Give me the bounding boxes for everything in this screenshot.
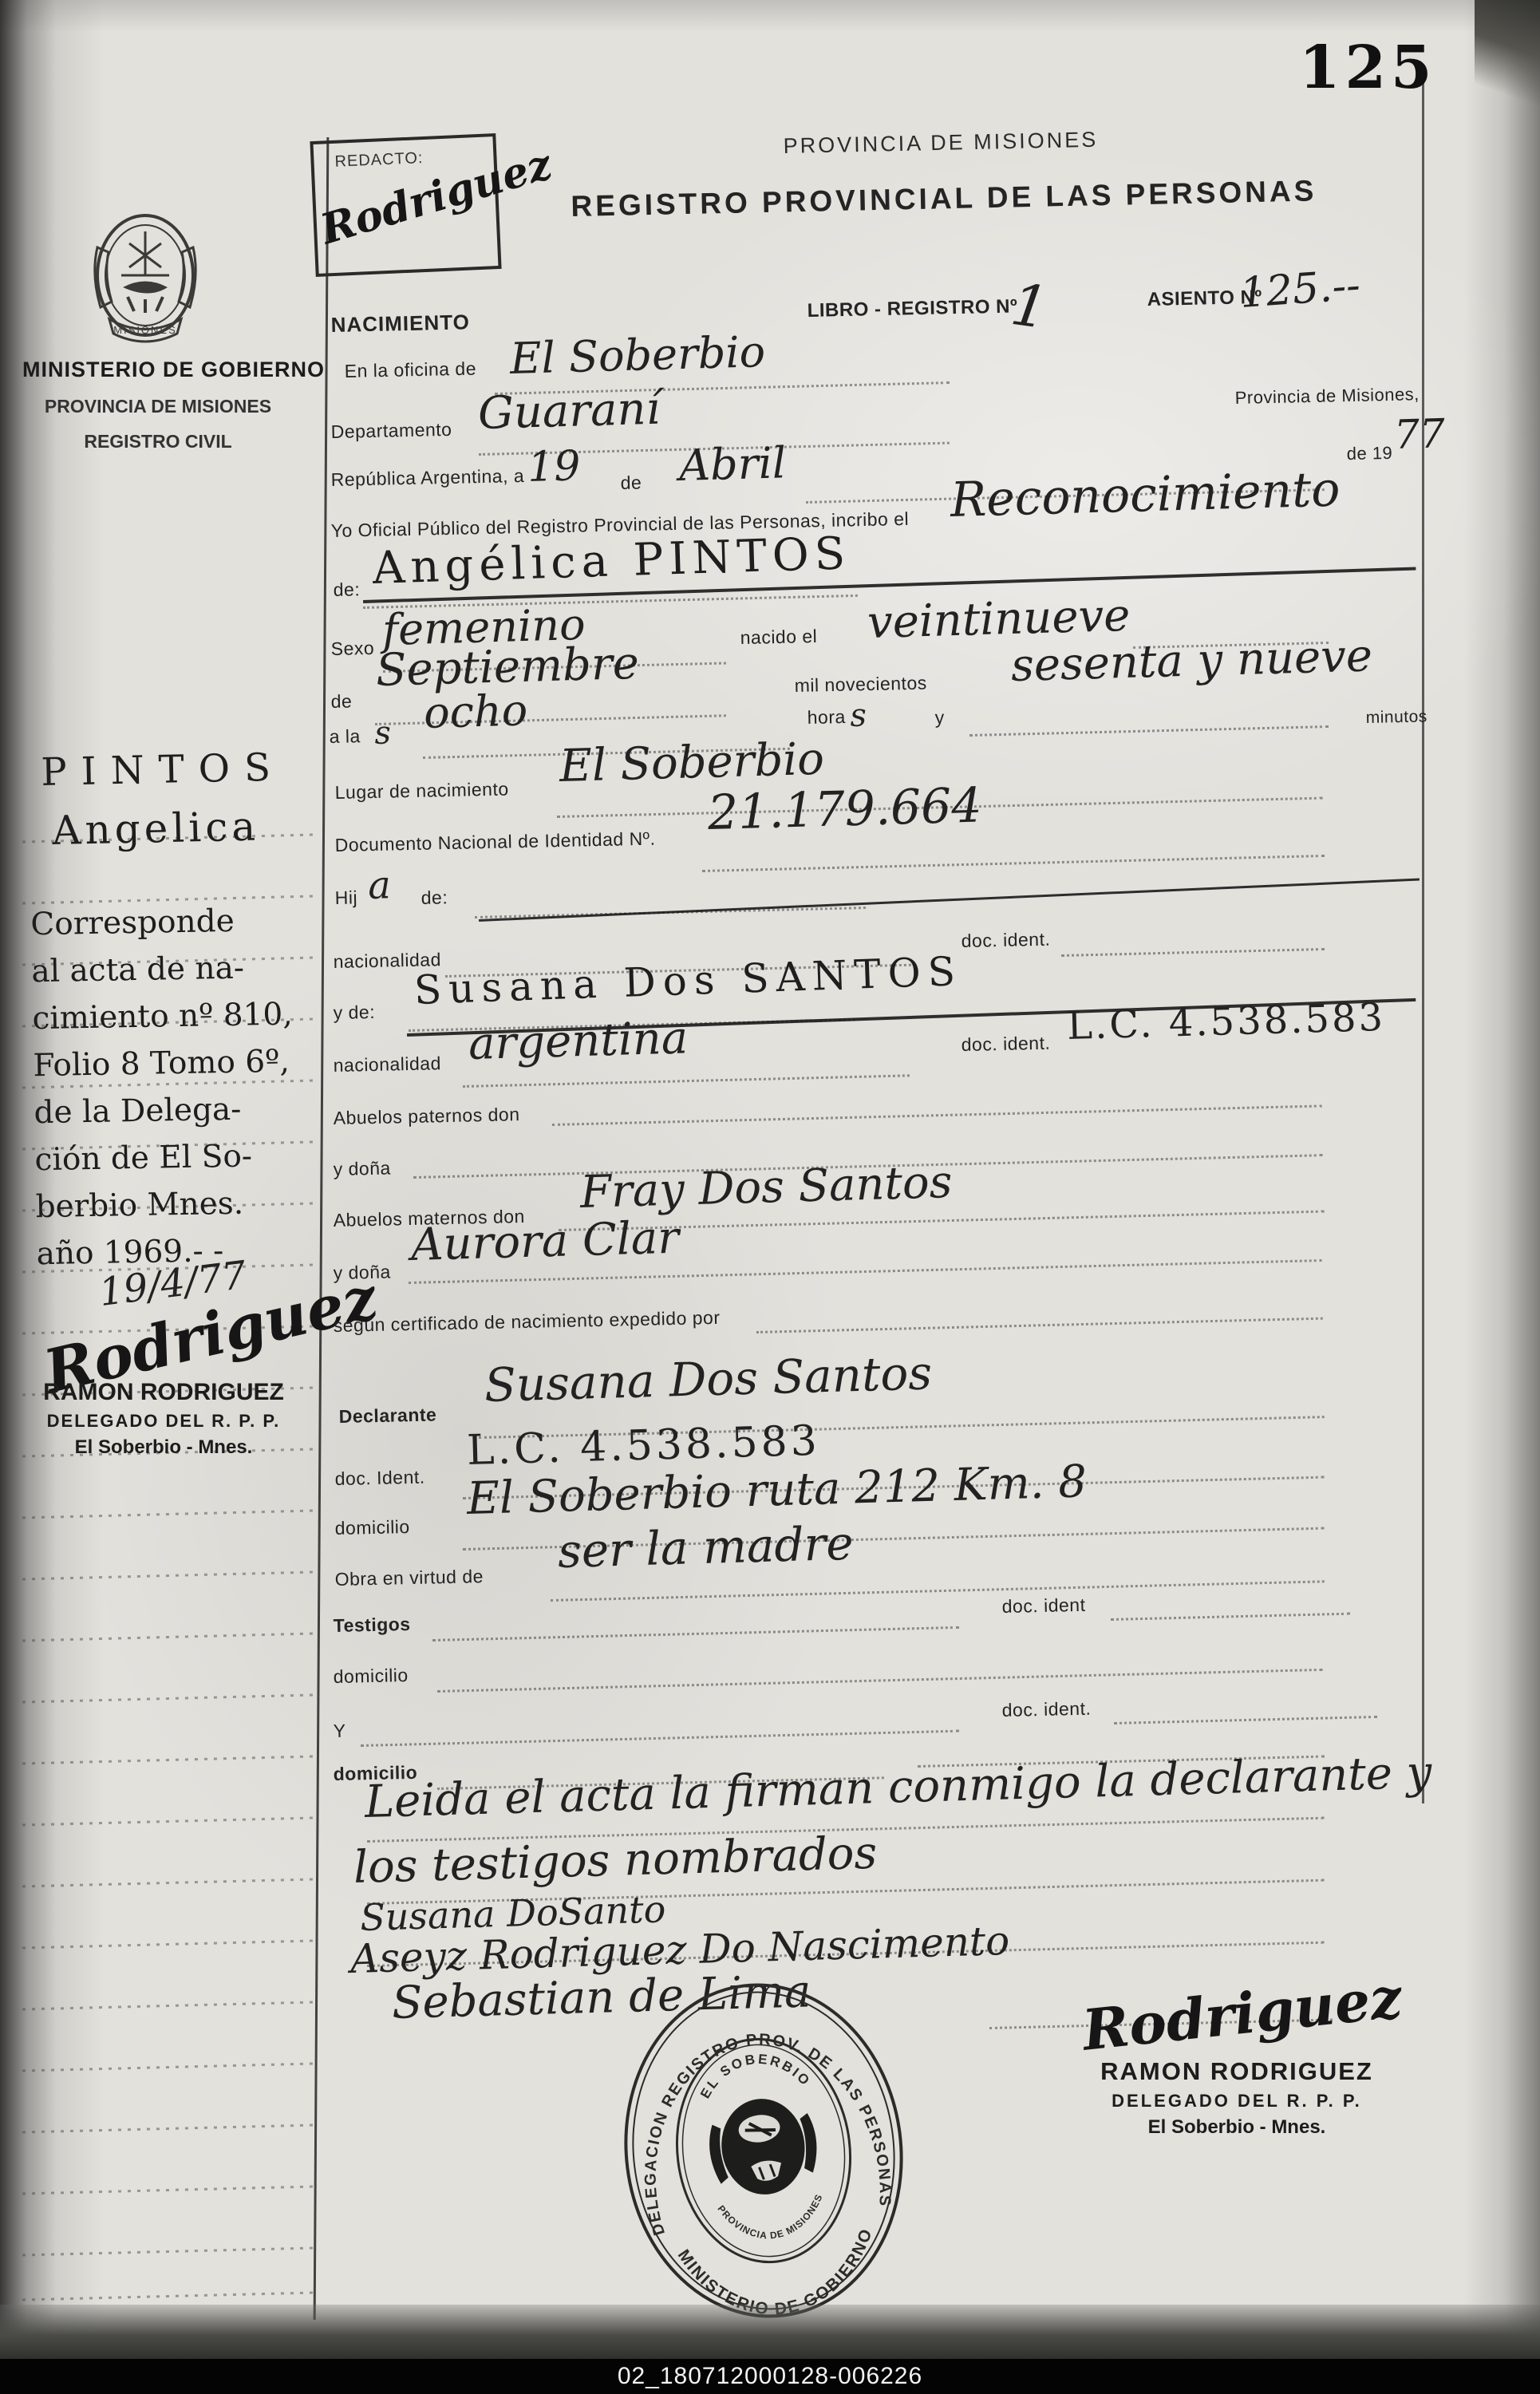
alas-label: a la: [329, 725, 361, 748]
abuelos-maternos-dona-label: y doña: [333, 1261, 391, 1284]
seal-banner-text: MISIONES: [113, 324, 177, 336]
margin-index-givenname: Angelica: [52, 804, 260, 854]
note-line: de la Delega-: [34, 1092, 242, 1132]
sidebar-ministry: MINISTERIO DE GOBIERNO: [22, 358, 294, 382]
dotted-line: [437, 1669, 1323, 1693]
hijo-label: Hij: [334, 887, 357, 909]
official-title: DELEGADO DEL R. P. P.: [1061, 2091, 1412, 2112]
blank-rule: [479, 879, 1420, 922]
section-label: NACIMIENTO: [330, 310, 470, 338]
hora-value: ocho: [423, 685, 528, 738]
republica-label: República Argentina, a: [330, 465, 524, 491]
margin-official-name: RAMON RODRIGUEZ: [16, 1379, 311, 1406]
oficina-label: En la oficina de: [344, 358, 476, 382]
hora-s: s: [850, 697, 867, 734]
madre-doc-value: L.C. 4.538.583: [1066, 995, 1385, 1049]
header-province: PROVINCIA DE MISIONES: [783, 128, 1098, 159]
madre-name: Susana Dos SANTOS: [413, 948, 963, 1013]
libro-value: 1: [1007, 271, 1052, 342]
dni-label: Documento Nacional de Identidad Nº.: [334, 828, 655, 856]
testigo1-domicilio-label: domicilio: [333, 1665, 409, 1688]
abuelos-maternos-value: Fray Dos Santos: [579, 1156, 953, 1219]
oficina-value: El Soberbio: [509, 326, 766, 384]
sidebar-office: REGISTRO CIVIL: [22, 431, 294, 452]
dotted-line: [1061, 948, 1325, 957]
page-number: 125: [1299, 34, 1436, 102]
dotted-line: [702, 855, 1325, 872]
abuelos-paternos-dona-label: y doña: [333, 1157, 391, 1180]
dotted-line: [1114, 1716, 1377, 1724]
inscribo-value: Reconocimiento: [950, 461, 1341, 528]
official-signature: Rodriguez: [1080, 1964, 1405, 2064]
testigo1-doc-label: doc. ident: [1001, 1594, 1085, 1618]
hijo-de-label: de:: [421, 887, 448, 909]
dni-value: 21.179.664: [707, 777, 982, 841]
margin-reference-note: Corresponde al acta de na- cimiento nº 8…: [30, 896, 332, 1278]
dotted-line: [1111, 1613, 1350, 1621]
redacto-label: REDACTO:: [334, 149, 424, 172]
libro-label: LIBRO - REGISTRO Nº: [807, 295, 1017, 322]
sexo-label: Sexo: [330, 638, 374, 660]
official-name: RAMON RODRIGUEZ: [1061, 2057, 1412, 2086]
note-line: ción de El So-: [34, 1138, 252, 1178]
mes-value: Abril: [678, 437, 787, 491]
de19-label: de 19: [1346, 443, 1392, 464]
dotted-line: [969, 725, 1329, 737]
y2-label: Y: [333, 1720, 346, 1742]
note-line: berbio Mnes.: [35, 1186, 243, 1226]
note-line: cimiento nº 810,: [32, 997, 293, 1037]
declarante-doc-label: doc. Ident.: [334, 1467, 424, 1490]
mil-label: mil novecientos: [794, 673, 927, 697]
margin-official-place: El Soberbio - Mnes.: [16, 1436, 311, 1459]
lugar-label: Lugar de nacimiento: [334, 778, 508, 804]
testigos-label: Testigos: [333, 1614, 410, 1637]
obra-label: Obra en virtud de: [334, 1566, 484, 1590]
minutos-label: minutos: [1365, 707, 1427, 728]
asiento-value: 125.--: [1238, 262, 1362, 318]
dotted-line: [551, 1580, 1325, 1602]
nacido-label: nacido el: [740, 626, 817, 649]
dotted-line: [432, 1626, 959, 1641]
margin-official-title: DELEGADO DEL R. P. P.: [16, 1411, 311, 1432]
closing-line-1: Leida el acta la firman conmigo la decla…: [364, 1747, 1432, 1828]
dotted-line: [756, 1317, 1323, 1333]
departamento-label: Departamento: [330, 419, 452, 443]
form-right-border: [1422, 76, 1424, 1803]
madre-doc-label: doc. ident.: [961, 1033, 1050, 1056]
header-title: REGISTRO PROVINCIAL DE LAS PERSONAS: [571, 174, 1317, 223]
scanned-birth-certificate-page: 125 MISIONES MINISTERIO DE GOBIERNO PROV…: [0, 0, 1540, 2394]
redacto-box: REDACTO: Rodriguez: [310, 133, 501, 277]
padre-doc-ident-label: doc. ident.: [961, 929, 1050, 952]
madre-nacionalidad-label: nacionalidad: [333, 1053, 441, 1077]
madre-nacionalidad-value: argentina: [468, 1012, 689, 1070]
declarante-label: Declarante: [338, 1404, 436, 1428]
stamp-coat-of-arms-icon: [705, 2092, 823, 2200]
declarante-value: Susana Dos Santos: [484, 1345, 933, 1412]
dotted-line: [463, 1074, 910, 1088]
anio-value: sesenta y nueve: [1010, 630, 1373, 692]
scan-bottom-shadow: [0, 2305, 1540, 2360]
dotted-line: [552, 1104, 1322, 1126]
sidebar-province: PROVINCIA DE MISIONES: [22, 396, 294, 417]
de-label: de: [620, 472, 642, 494]
declarante-domicilio-label: domicilio: [334, 1516, 410, 1539]
obra-value: ser la madre: [557, 1516, 854, 1578]
scan-code-bar: 02_180712000128-006226: [0, 2359, 1540, 2394]
dia-value: 19: [527, 442, 581, 492]
hora-label: hora: [807, 706, 846, 729]
de19-value: 77: [1393, 410, 1445, 458]
mes-de-label: de: [330, 690, 352, 713]
note-line: Corresponde: [30, 903, 235, 942]
de-colon-label: de:: [333, 579, 360, 601]
abuelos-paternos-label: Abuelos paternos don: [333, 1104, 519, 1129]
alas-s: s: [374, 714, 392, 752]
provincia-right: Provincia de Misiones,: [1234, 384, 1420, 409]
abuelos-maternos-dona-value: Aurora Clar: [410, 1212, 680, 1271]
note-line: Folio 8 Tomo 6º,: [33, 1044, 290, 1084]
closing-line-2: los testigos nombrados: [353, 1827, 878, 1894]
note-line: al acta de na-: [31, 950, 244, 990]
departamento-value: Guaraní: [477, 383, 661, 440]
ministry-seal-icon: MISIONES: [73, 199, 217, 359]
hijo-a-value: a: [367, 863, 391, 908]
page-corner-shadow: [1475, 0, 1540, 120]
scan-code: 02_180712000128-006226: [618, 2363, 922, 2389]
yde-label: y de:: [333, 1001, 375, 1024]
segun-label: según certificado de nacimiento expedido…: [333, 1307, 720, 1337]
y-label: y: [934, 707, 945, 729]
delegation-oval-stamp: DELEGACION REGISTRO PROV. DE LAS PERSONA…: [555, 1938, 973, 2364]
official-place: El Soberbio - Mnes.: [1061, 2116, 1412, 2139]
dotted-line: [361, 1730, 959, 1747]
margin-index-surname: PINTOS: [41, 745, 286, 795]
testigo2-doc-label: doc. ident.: [1001, 1698, 1091, 1721]
